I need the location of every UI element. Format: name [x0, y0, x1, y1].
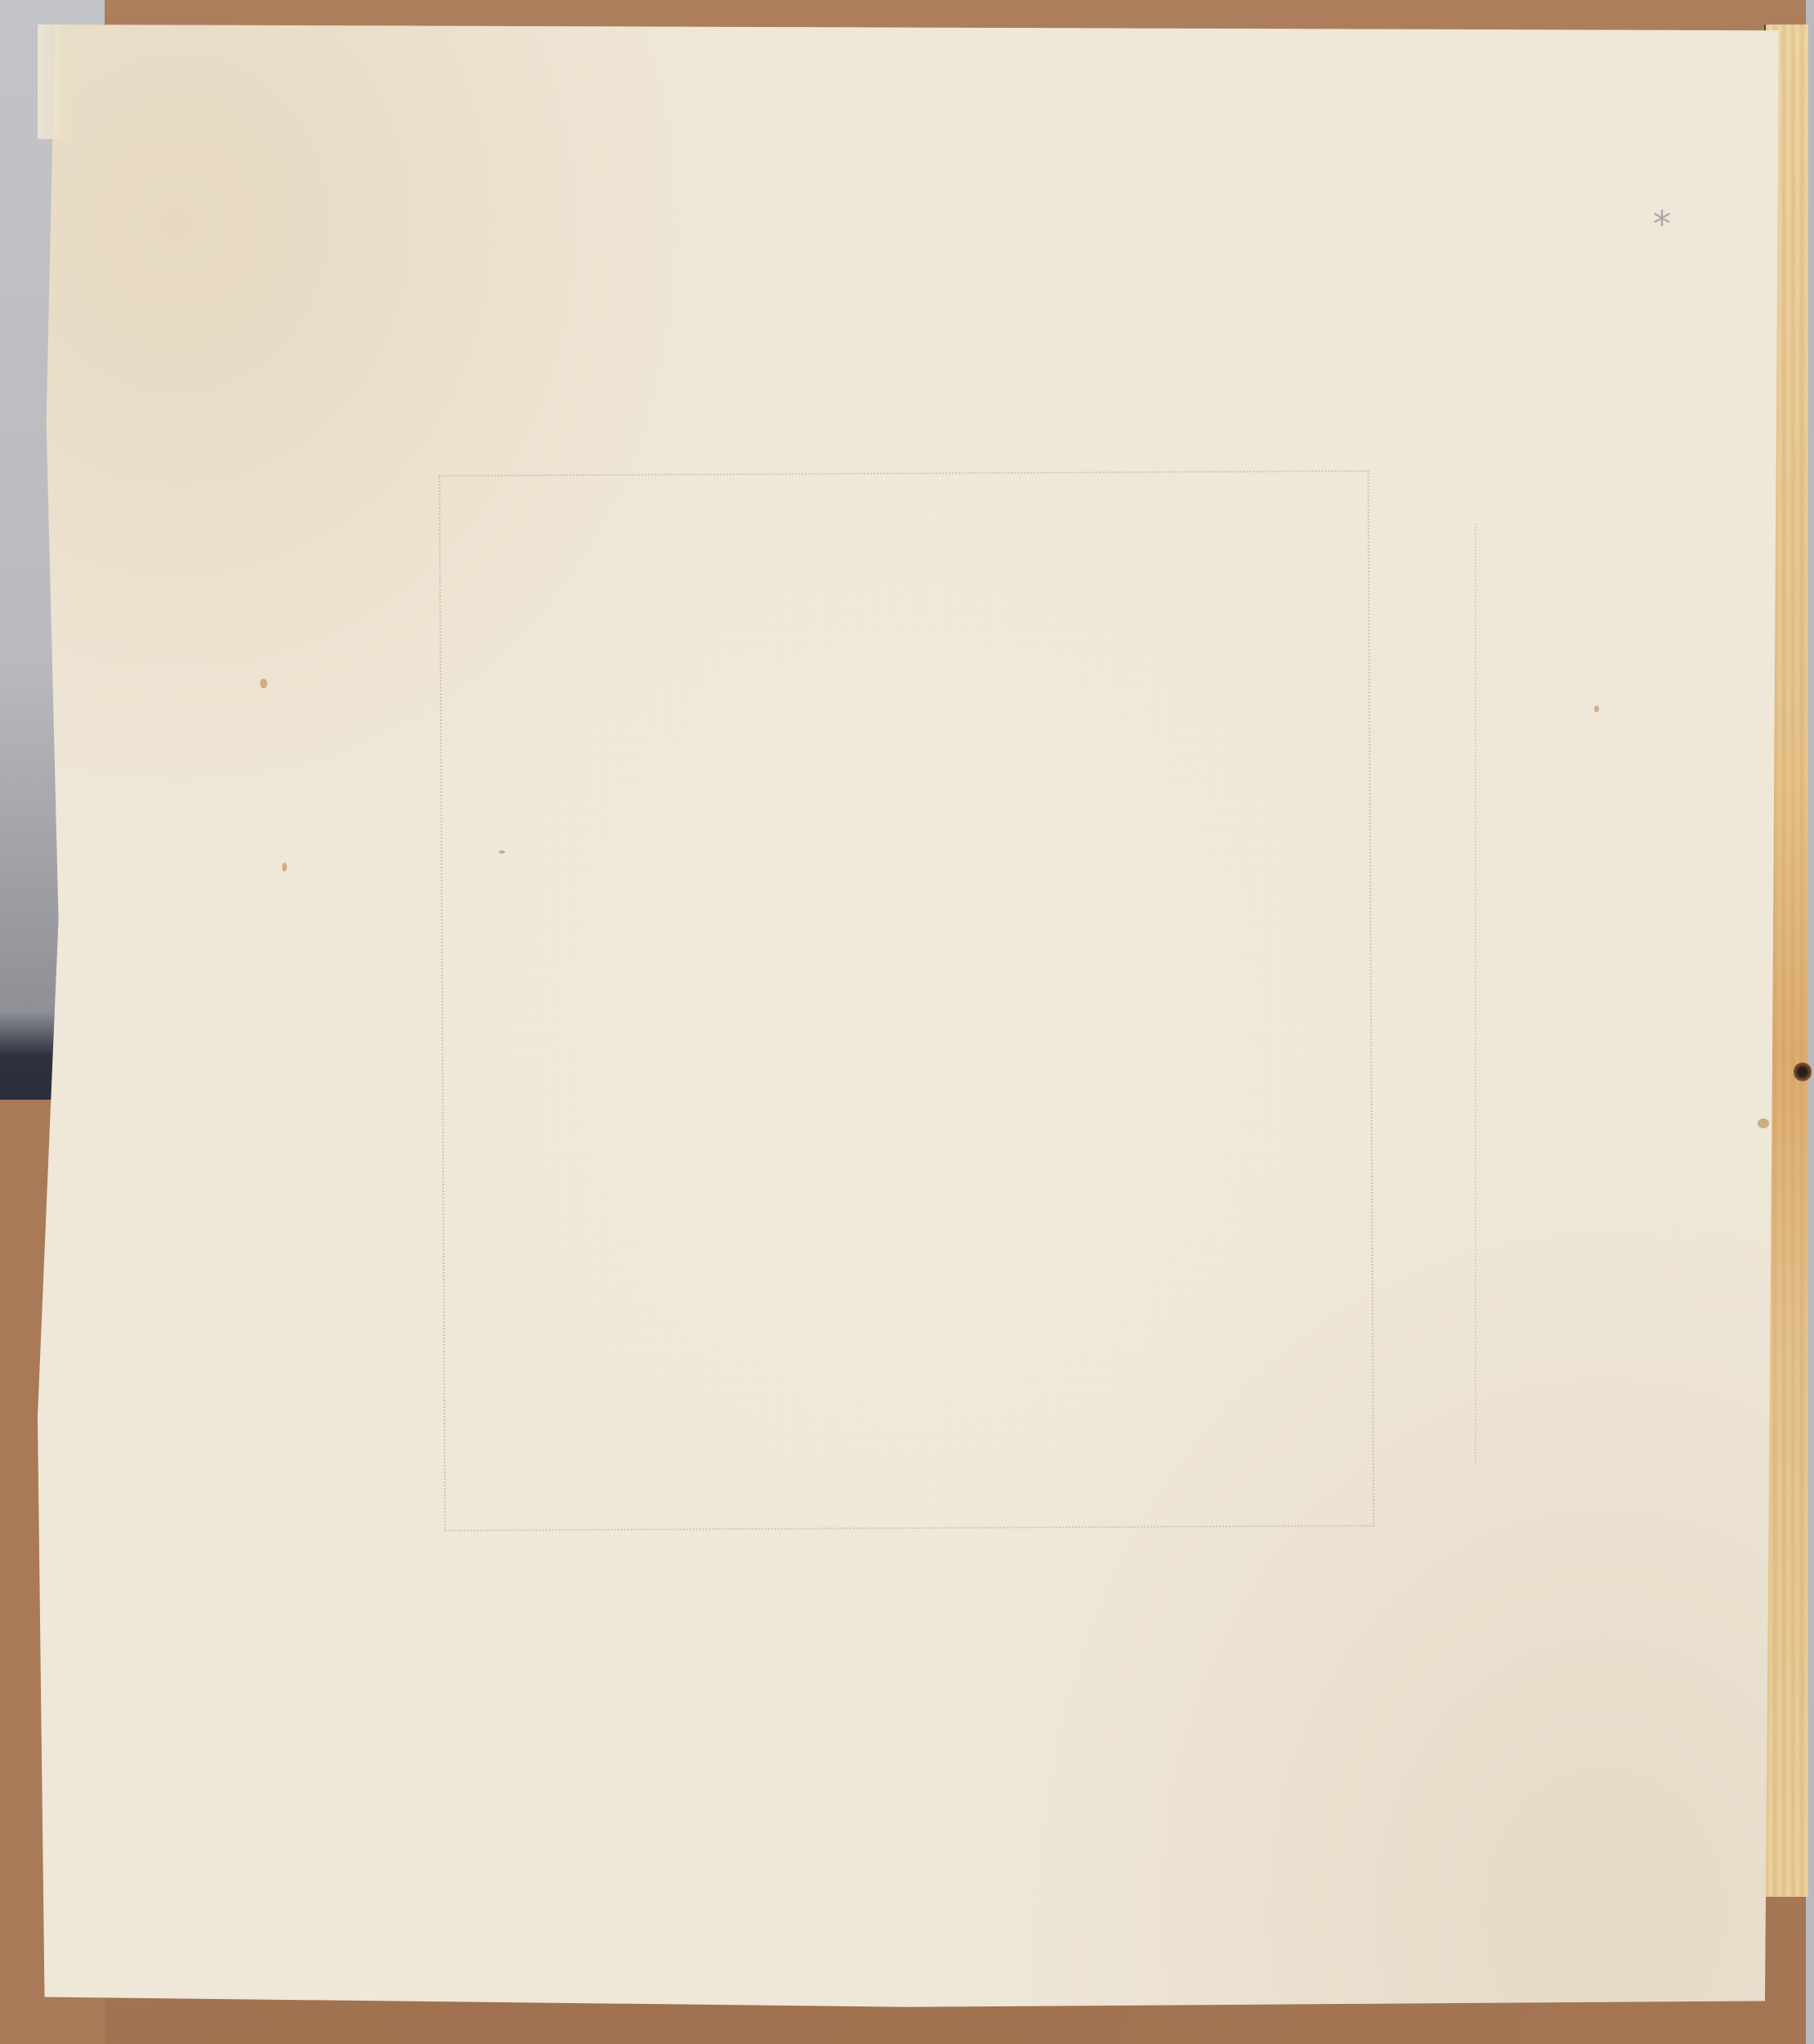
foxing-spot	[1758, 1118, 1769, 1128]
pencil-asterisk-mark: *	[1637, 208, 1686, 241]
foxing-spot	[282, 863, 287, 872]
plate-mark-rectangle	[439, 470, 1375, 1531]
foxing-spot	[499, 850, 505, 854]
paper-corner-fold	[38, 25, 70, 139]
plate-mark-ghost-line	[1475, 523, 1478, 1464]
foxing-spot	[1594, 706, 1599, 712]
wood-knot	[1794, 1061, 1812, 1083]
foxing-spot	[260, 679, 267, 688]
